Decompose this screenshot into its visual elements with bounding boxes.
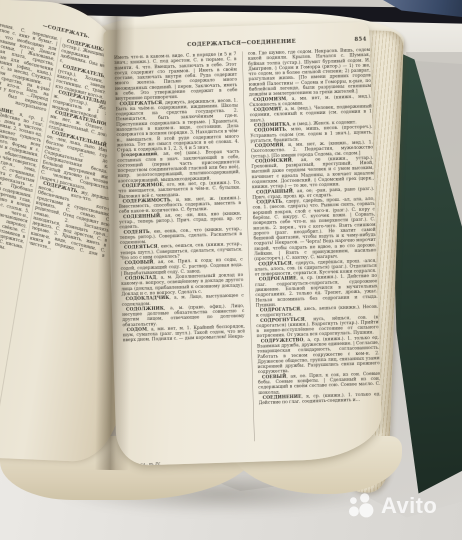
dictionary-entry: СОДЕРЖАТЬСЯ, держусь, держишься, несов. … bbox=[115, 98, 239, 153]
column1-lead: Иметь что-н. в каком-н. виде. С. в поряд… bbox=[114, 52, 238, 102]
avito-watermark: Avito bbox=[348, 492, 437, 520]
dictionary-entry: СОДРОГАНИЕ, я, ср. (книжн.). 1. Действие… bbox=[255, 273, 378, 308]
avito-wordmark: Avito bbox=[381, 493, 437, 519]
left-lead-paragraph: ем чтения. С. переписки. Аккуратное с. к… bbox=[0, 19, 59, 118]
dictionary-entry: [содержащий, ая, ее] (хим.). Вторая част… bbox=[117, 149, 240, 184]
column-1: Иметь что-н. в каком-н. виде. С. в поряд… bbox=[114, 52, 248, 446]
dictionary-entry: СОДРУЖЕСТВО, а, ср. (книжн.). 1. только … bbox=[257, 335, 380, 375]
column2-lead: сов. Где шумно, где содом. Некрасов. Виш… bbox=[248, 47, 372, 97]
column-2: сов. Где шумно, где содом. Некрасов. Виш… bbox=[242, 47, 382, 441]
dictionary-right-page: СОДЕРЖАТЬСЯ—СОЕДИНЕНИЕ 854 Иметь что-н. … bbox=[103, 22, 383, 466]
dictionary-entry: СОДРАТЬ, сдеру, сдерёшь, прош. -ал, ала,… bbox=[252, 196, 376, 261]
page-number: 854 bbox=[354, 36, 366, 42]
dictionary-entry: СОДОМ, а, мн. нет, м. 1. Крайний беспоря… bbox=[123, 324, 246, 343]
running-head-text: СОДЕРЖАТЬСЯ—СОЕДИНЕНИЕ bbox=[187, 38, 296, 47]
right-page-text: СОДЕРЖАТЬСЯ—СОЕДИНЕНИЕ 854 Иметь что-н. … bbox=[114, 36, 383, 466]
avito-logo-icon bbox=[348, 492, 376, 520]
right-page-columns: Иметь что-н. в каком-н. виде. С. в поряд… bbox=[114, 47, 382, 445]
photo-scene: —СОДЕРЖАТЬ. ем чтения. С. переписки. Акк… bbox=[0, 0, 462, 540]
dictionary-entry: СОДОМСКИЙ, ая, ое (книжн., устар.). Грех… bbox=[251, 155, 374, 190]
